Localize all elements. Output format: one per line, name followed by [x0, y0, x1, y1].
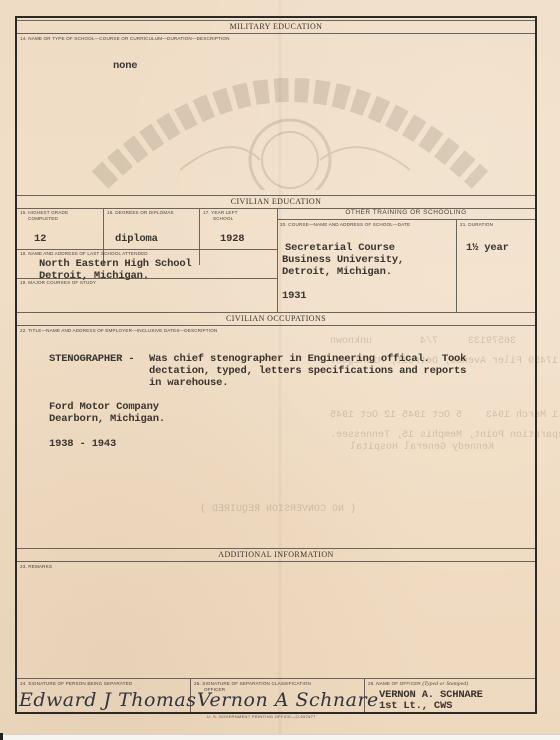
- field-20-date: 1931: [282, 290, 306, 302]
- field-16-label: 16. DEGREES OR DIPLOMAS: [107, 210, 174, 216]
- field-19-label: 19. MAJOR COURSES OF STUDY: [20, 280, 96, 286]
- field-18-line-1: North Eastern High School: [39, 258, 192, 270]
- field-21-label: 21. DURATION: [460, 222, 493, 228]
- separated-person-signature: Edward J Thomas: [19, 689, 197, 711]
- employment-dates: 1938 - 1943: [49, 438, 116, 450]
- occupation-description-2: dectation, typed, letters specifications…: [149, 365, 466, 377]
- scan-edge: [0, 734, 560, 740]
- field-16-value: diploma: [115, 233, 158, 245]
- field-17-label: 17. YEAR LEFT SCHOOL: [203, 210, 238, 221]
- employer-line-1: Ford Motor Company: [49, 401, 159, 413]
- field-22-label: 22. TITLE—NAME AND ADDRESS OF EMPLOYER—I…: [20, 328, 217, 334]
- field-18-label: 18. NAME AND ADDRESS OF LAST SCHOOL ATTE…: [20, 251, 148, 257]
- printer-imprint: U. S. GOVERNMENT PRINTING OFFICE—O-65767…: [207, 714, 316, 719]
- employer-line-2: Dearborn, Michigan.: [49, 413, 165, 425]
- divider: [277, 219, 535, 220]
- occupation-description-3: in warehouse.: [149, 377, 228, 389]
- classification-officer-signature: Vernon A Schnare: [197, 689, 379, 711]
- occupation-title: STENOGRAPHER -: [49, 353, 134, 365]
- additional-information-header: ADDITIONAL INFORMATION: [17, 548, 535, 562]
- field-20-line-1: Secretarial Course: [285, 242, 395, 254]
- divider: [456, 219, 457, 312]
- divider: [277, 208, 278, 312]
- field-17-value: 1928: [220, 233, 244, 245]
- field-26-label: 26. NAME OF OFFICER (Typed or Stamped): [368, 681, 468, 688]
- field-15-value: 12: [34, 233, 46, 245]
- military-education-header: MILITARY EDUCATION: [17, 20, 535, 34]
- field-15-label: 15. HIGHEST GRADE COMPLETED: [20, 210, 68, 221]
- field-20-line-2: Business University,: [282, 254, 404, 266]
- field-23-label: 23. REMARKS: [20, 564, 52, 570]
- other-training-header: OTHER TRAINING OR SCHOOLING: [277, 210, 535, 216]
- field-14-value: none: [113, 60, 137, 72]
- field-24-label: 24. SIGNATURE OF PERSON BEING SEPARATED: [20, 681, 132, 687]
- civilian-education-header: CIVILIAN EDUCATION: [17, 195, 535, 209]
- field-14-label: 14. NAME OR TYPE OF SCHOOL—COURSE OR CUR…: [20, 36, 230, 42]
- field-21-value: 1½ year: [466, 242, 509, 254]
- separation-form: MILITARY EDUCATION 14. NAME OR TYPE OF S…: [15, 16, 537, 714]
- field-20-label: 20. COURSE—NAME AND ADDRESS OF SCHOOL—DA…: [280, 222, 410, 228]
- field-20-line-3: Detroit, Michigan.: [282, 266, 392, 278]
- scan-mark: [0, 733, 3, 740]
- civilian-occupations-header: CIVILIAN OCCUPATIONS: [17, 312, 535, 326]
- divider: [199, 208, 200, 265]
- divider: [17, 678, 535, 679]
- divider: [17, 249, 277, 250]
- occupation-description-1: Was chief stenographer in Engineering of…: [149, 353, 466, 365]
- officer-rank: 1st Lt., CWS: [379, 700, 452, 712]
